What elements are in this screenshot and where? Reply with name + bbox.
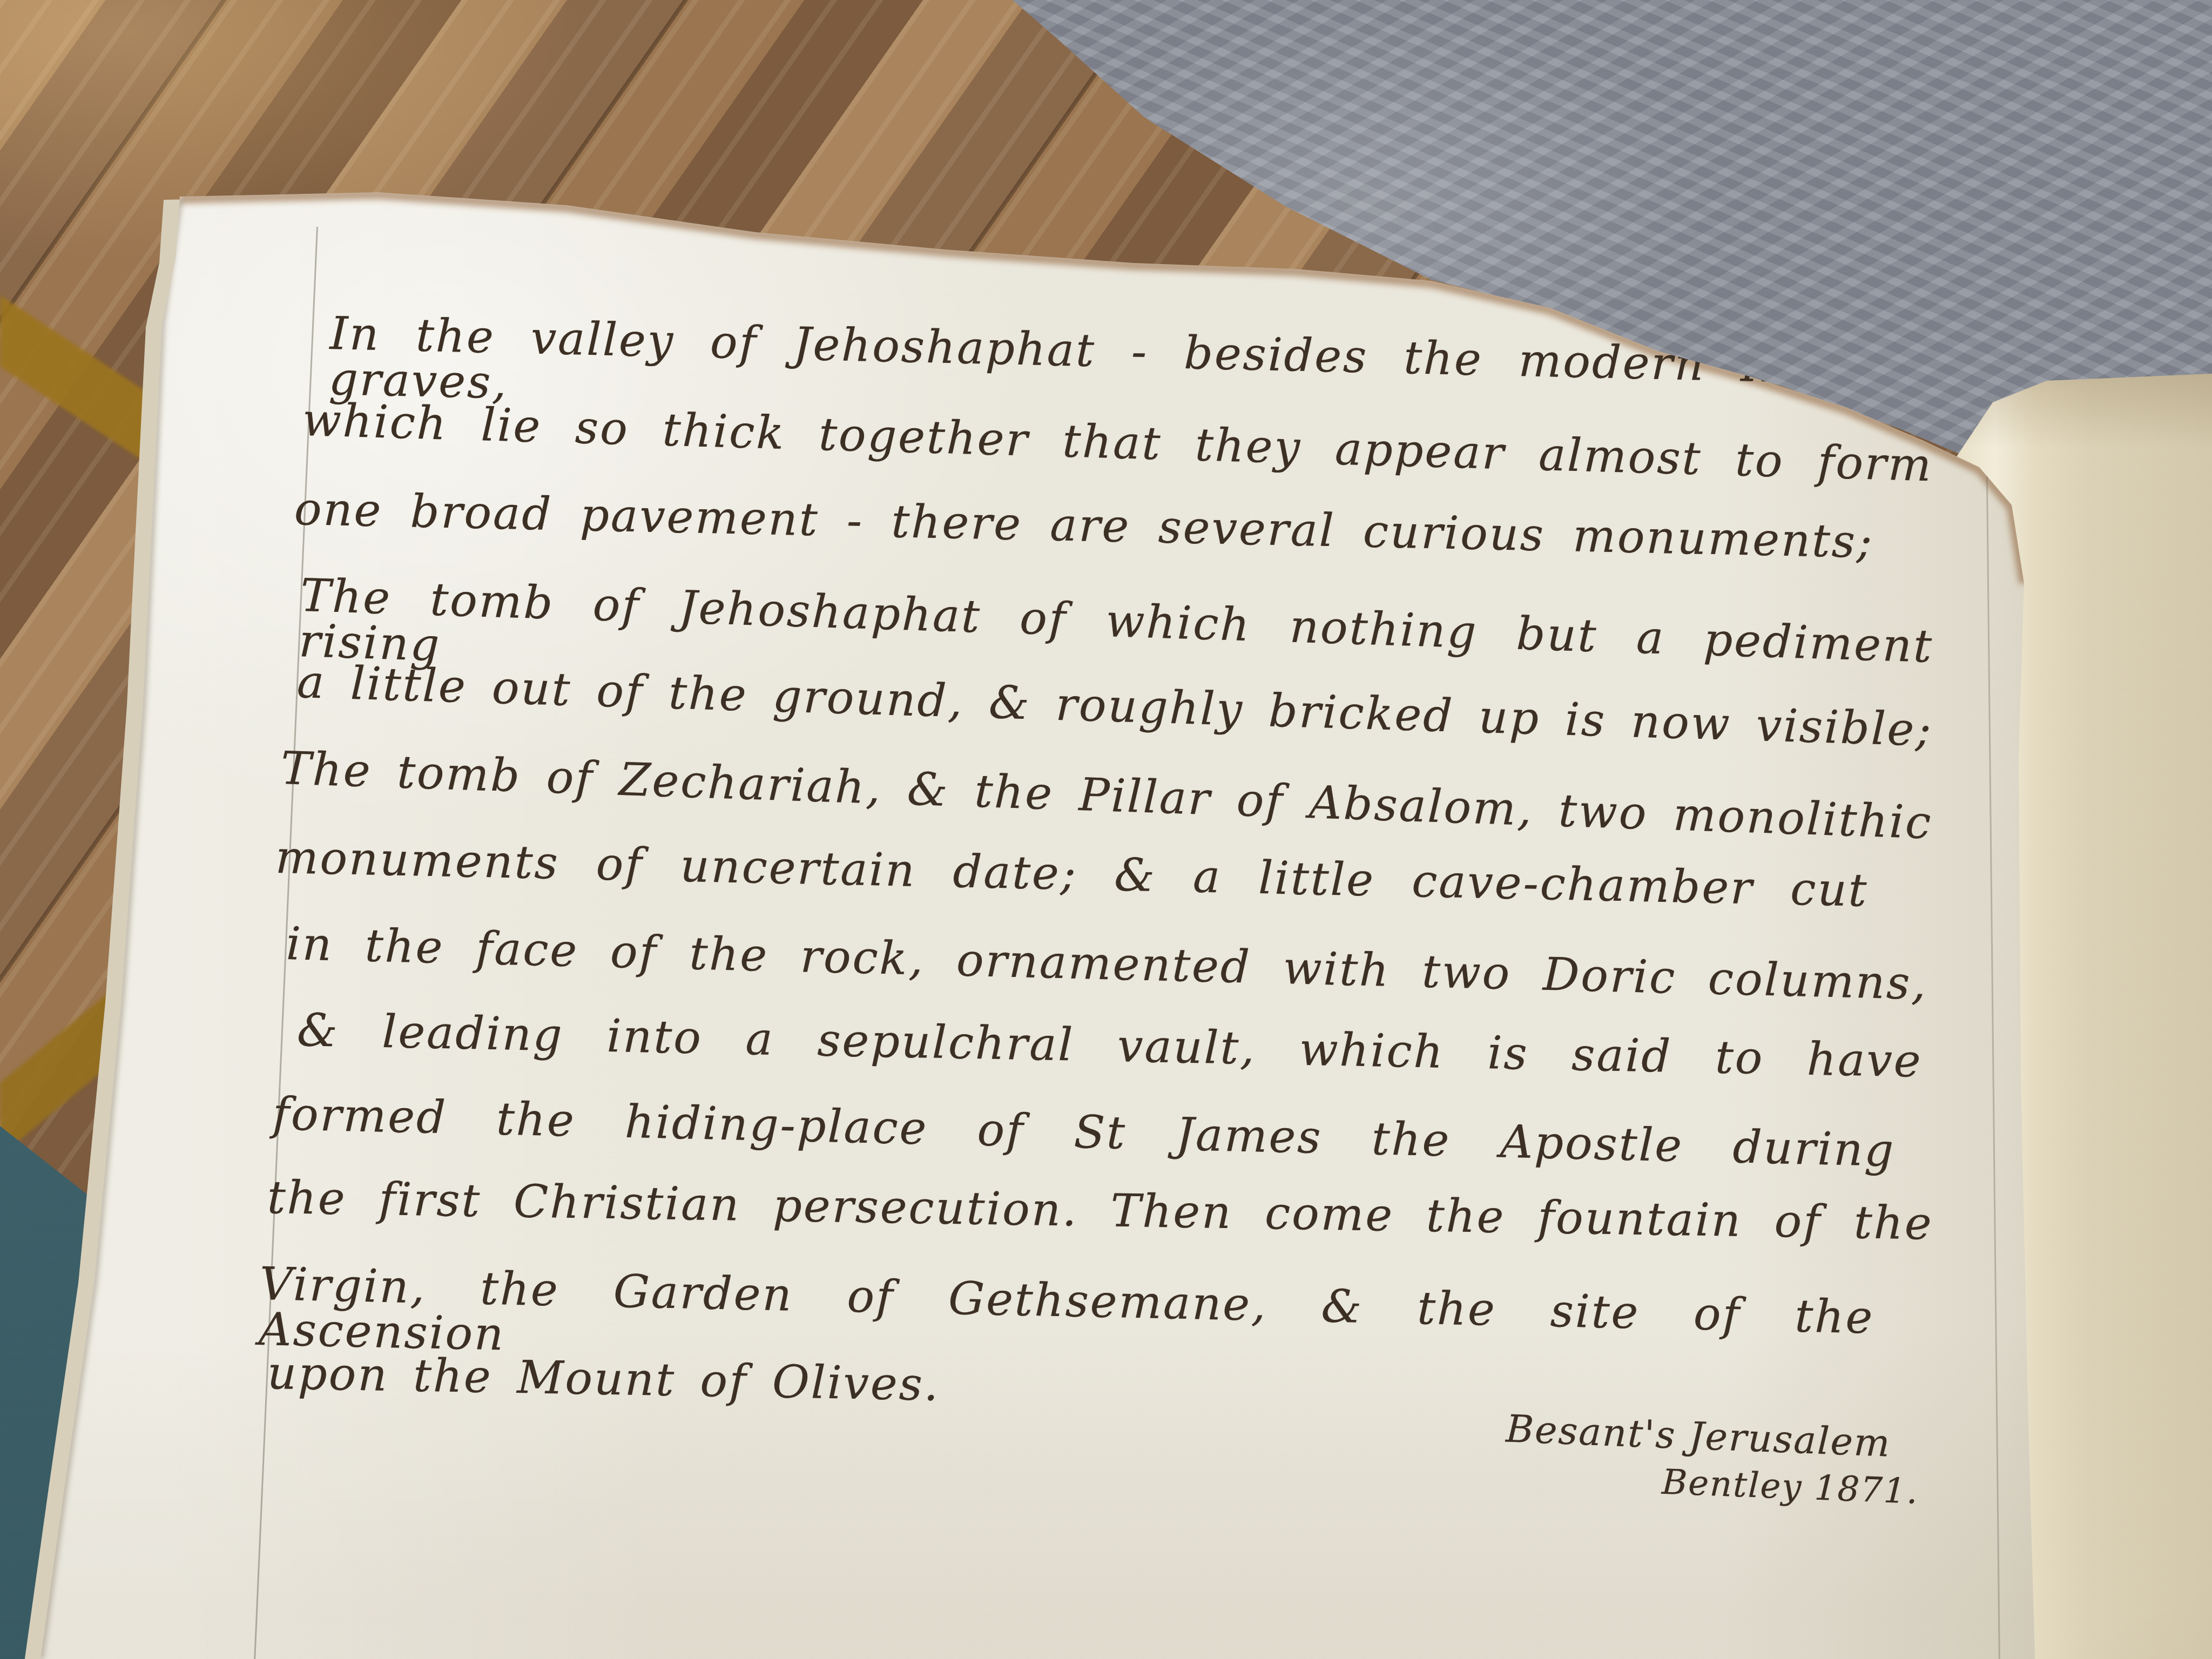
attribution: Besant's Jerusalem Bentley 1871. bbox=[1413, 1403, 1892, 1511]
manuscript-line: upon the Mount of Olives. bbox=[267, 1350, 940, 1407]
photo-of-manuscript-page: In the valley of Jehoshaphat - besides t… bbox=[0, 0, 2212, 1659]
